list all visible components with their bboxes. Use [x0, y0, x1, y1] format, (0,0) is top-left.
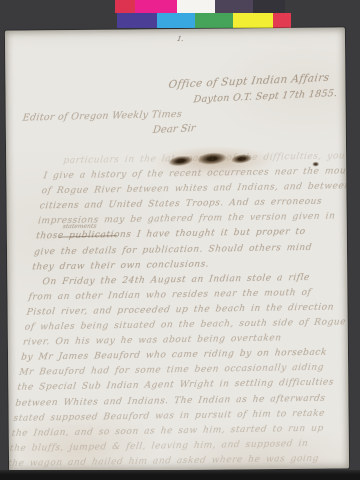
calibration-patch [195, 13, 233, 28]
calibration-bar-row-bottom [117, 13, 291, 28]
interline-insertion: statements [62, 223, 97, 230]
document-page: 1. Office of Supt Indian Affairs Dayton … [5, 27, 349, 471]
calibration-patch [135, 0, 177, 13]
addressee-line: Editor of Oregon Weekly Times [22, 109, 183, 124]
scanned-letter-image: 1. Office of Supt Indian Affairs Dayton … [0, 0, 360, 480]
calibration-patch [253, 0, 285, 13]
calibration-patch [177, 0, 215, 13]
page-number: 1. [176, 35, 184, 43]
scan-bottom-strip [0, 470, 360, 480]
calibration-bar-row-top [115, 0, 285, 13]
letterhead-line1: Office of Supt Indian Affairs [168, 72, 331, 91]
calibration-patch [157, 13, 195, 28]
calibration-patch [215, 0, 253, 13]
letterhead-line2: Dayton O.T. Sept 17th 1855. [193, 88, 338, 105]
salutation: Dear Sir [152, 123, 196, 136]
calibration-patch [117, 13, 157, 28]
calibration-patch [233, 13, 273, 28]
calibration-patch [273, 13, 291, 28]
letter-body: particulars in the late papers of the di… [7, 149, 349, 472]
calibration-patch [115, 0, 135, 13]
